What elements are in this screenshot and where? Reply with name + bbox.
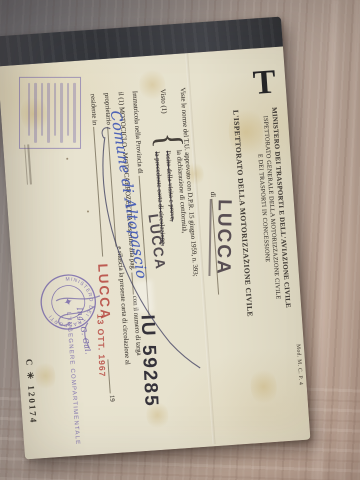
photo-vignette (0, 0, 360, 480)
photo-of-registration-document: T Mod. M. C. P. 4 MINISTERO DEI TRASPORT… (0, 0, 360, 480)
